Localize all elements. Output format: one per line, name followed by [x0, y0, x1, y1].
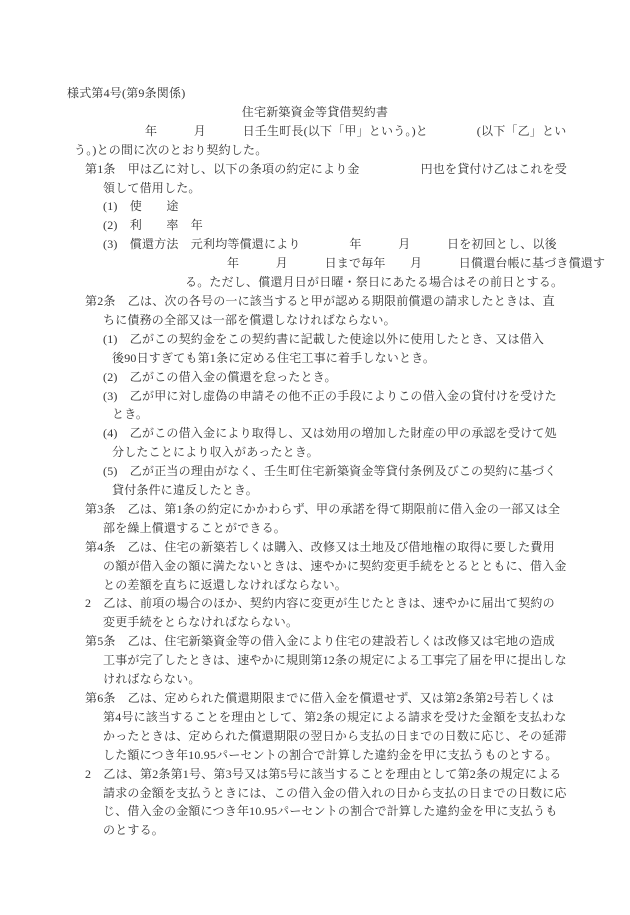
doc-line: (2) 利 率 年	[67, 216, 563, 235]
doc-line: ければならない。	[67, 670, 563, 689]
doc-line: 後90日すぎても第1条に定める住宅工事に着手しないとき。	[67, 349, 563, 368]
doc-line: (3) 乙が甲に対し虚偽の申請その他不正の手段によりこの借入金の貸付けを受けた	[67, 387, 563, 406]
doc-line: との差額を直ちに返還しなければならない。	[67, 576, 563, 595]
doc-line: (5) 乙が正当の理由がなく、壬生町住宅新築資金等貸付条例及びこの契約に基づく	[67, 462, 563, 481]
doc-line: かったときは、定められた償還期限の翌日から支払の日までの日数に応じ、その延滞	[67, 727, 563, 746]
doc-line: 変更手続をとらなければならない。	[67, 613, 563, 632]
doc-line: 第3条 乙は、第1条の約定にかかわらず、甲の承諾を得て期限前に借入金の一部又は全	[67, 500, 563, 519]
doc-line: 2 乙は、前項の場合のほか、契約内容に変更が生じたときは、速やかに届出て契約の	[67, 594, 563, 613]
doc-line: 貸付条件に違反したとき。	[67, 481, 563, 500]
doc-line: 年 月 日壬生町長(以下「甲」という。)と (以下「乙」とい	[67, 122, 563, 141]
doc-line: る。ただし、償還月日が日曜・祭日にあたる場合はその前日とする。	[67, 273, 563, 292]
form-number: 様式第4号(第9条関係)	[67, 84, 563, 103]
doc-line: (1) 乙がこの契約金をこの契約書に記載した使途以外に使用したとき、又は借入	[67, 330, 563, 349]
doc-line: 第6条 乙は、定められた償還期限までに借入金を償還せず、又は第2条第2号若しくは	[67, 689, 563, 708]
doc-line: 部を繰上償還することができる。	[67, 519, 563, 538]
doc-line: (3) 償還方法 元利均等償還により 年 月 日を初回とし、以後	[67, 235, 563, 254]
doc-line: 分したことにより収入があったとき。	[67, 443, 563, 462]
doc-line: 領して借用した。	[67, 179, 563, 198]
doc-line: のとする。	[67, 821, 563, 840]
contract-document: 様式第4号(第9条関係)住宅新築資金等貸借契約書年 月 日壬生町長(以下「甲」と…	[67, 84, 563, 840]
doc-line: (4) 乙がこの借入金により取得し、又は効用の増加した財産の甲の承認を受けて処	[67, 424, 563, 443]
doc-line: 工事が完了したときは、速やかに規則第12条の規定による工事完了届を甲に提出しな	[67, 651, 563, 670]
doc-line: の額が借入金の額に満たないときは、速やかに契約変更手続をとるとともに、借入金	[67, 557, 563, 576]
doc-line: う。)との間に次のとおり契約した。	[67, 141, 563, 160]
doc-line: 年 月 日まで毎年 月 日償還台帳に基づき償還す	[67, 254, 563, 273]
doc-line: 請求の金額を支払うときには、この借入金の借入れの日から支払の日までの日数に応	[67, 784, 563, 803]
doc-line: 第4号に該当することを理由として、第2条の規定による請求を受けた金額を支払わな	[67, 708, 563, 727]
doc-line: (2) 乙がこの借入金の償還を怠ったとき。	[67, 368, 563, 387]
doc-line: (1) 使 途	[67, 197, 563, 216]
document-page: 様式第4号(第9条関係)住宅新築資金等貸借契約書年 月 日壬生町長(以下「甲」と…	[0, 0, 630, 915]
doc-line: 2 乙は、第2条第1号、第3号又は第5号に該当することを理由として第2条の規定に…	[67, 765, 563, 784]
doc-line: 第5条 乙は、住宅新築資金等の借入金により住宅の建設若しくは改修又は宅地の造成	[67, 632, 563, 651]
doc-line: じ、借入金の金額につき年10.95パーセントの割合で計算した違約金を甲に支払うも	[67, 802, 563, 821]
doc-title: 住宅新築資金等貸借契約書	[67, 103, 563, 122]
doc-line: 第2条 乙は、次の各号の一に該当すると甲が認める期限前償還の請求したときは、直	[67, 292, 563, 311]
doc-line: とき。	[67, 405, 563, 424]
doc-line: した額につき年10.95パーセントの割合で計算した違約金を甲に支払うものとする。	[67, 746, 563, 765]
doc-line: 第1条 甲は乙に対し、以下の条項の約定により金 円也を貸付け乙はこれを受	[67, 160, 563, 179]
doc-line: ちに債務の全部又は一部を償還しなければならない。	[67, 311, 563, 330]
doc-line: 第4条 乙は、住宅の新築若しくは購入、改修又は土地及び借地権の取得に要した費用	[67, 538, 563, 557]
